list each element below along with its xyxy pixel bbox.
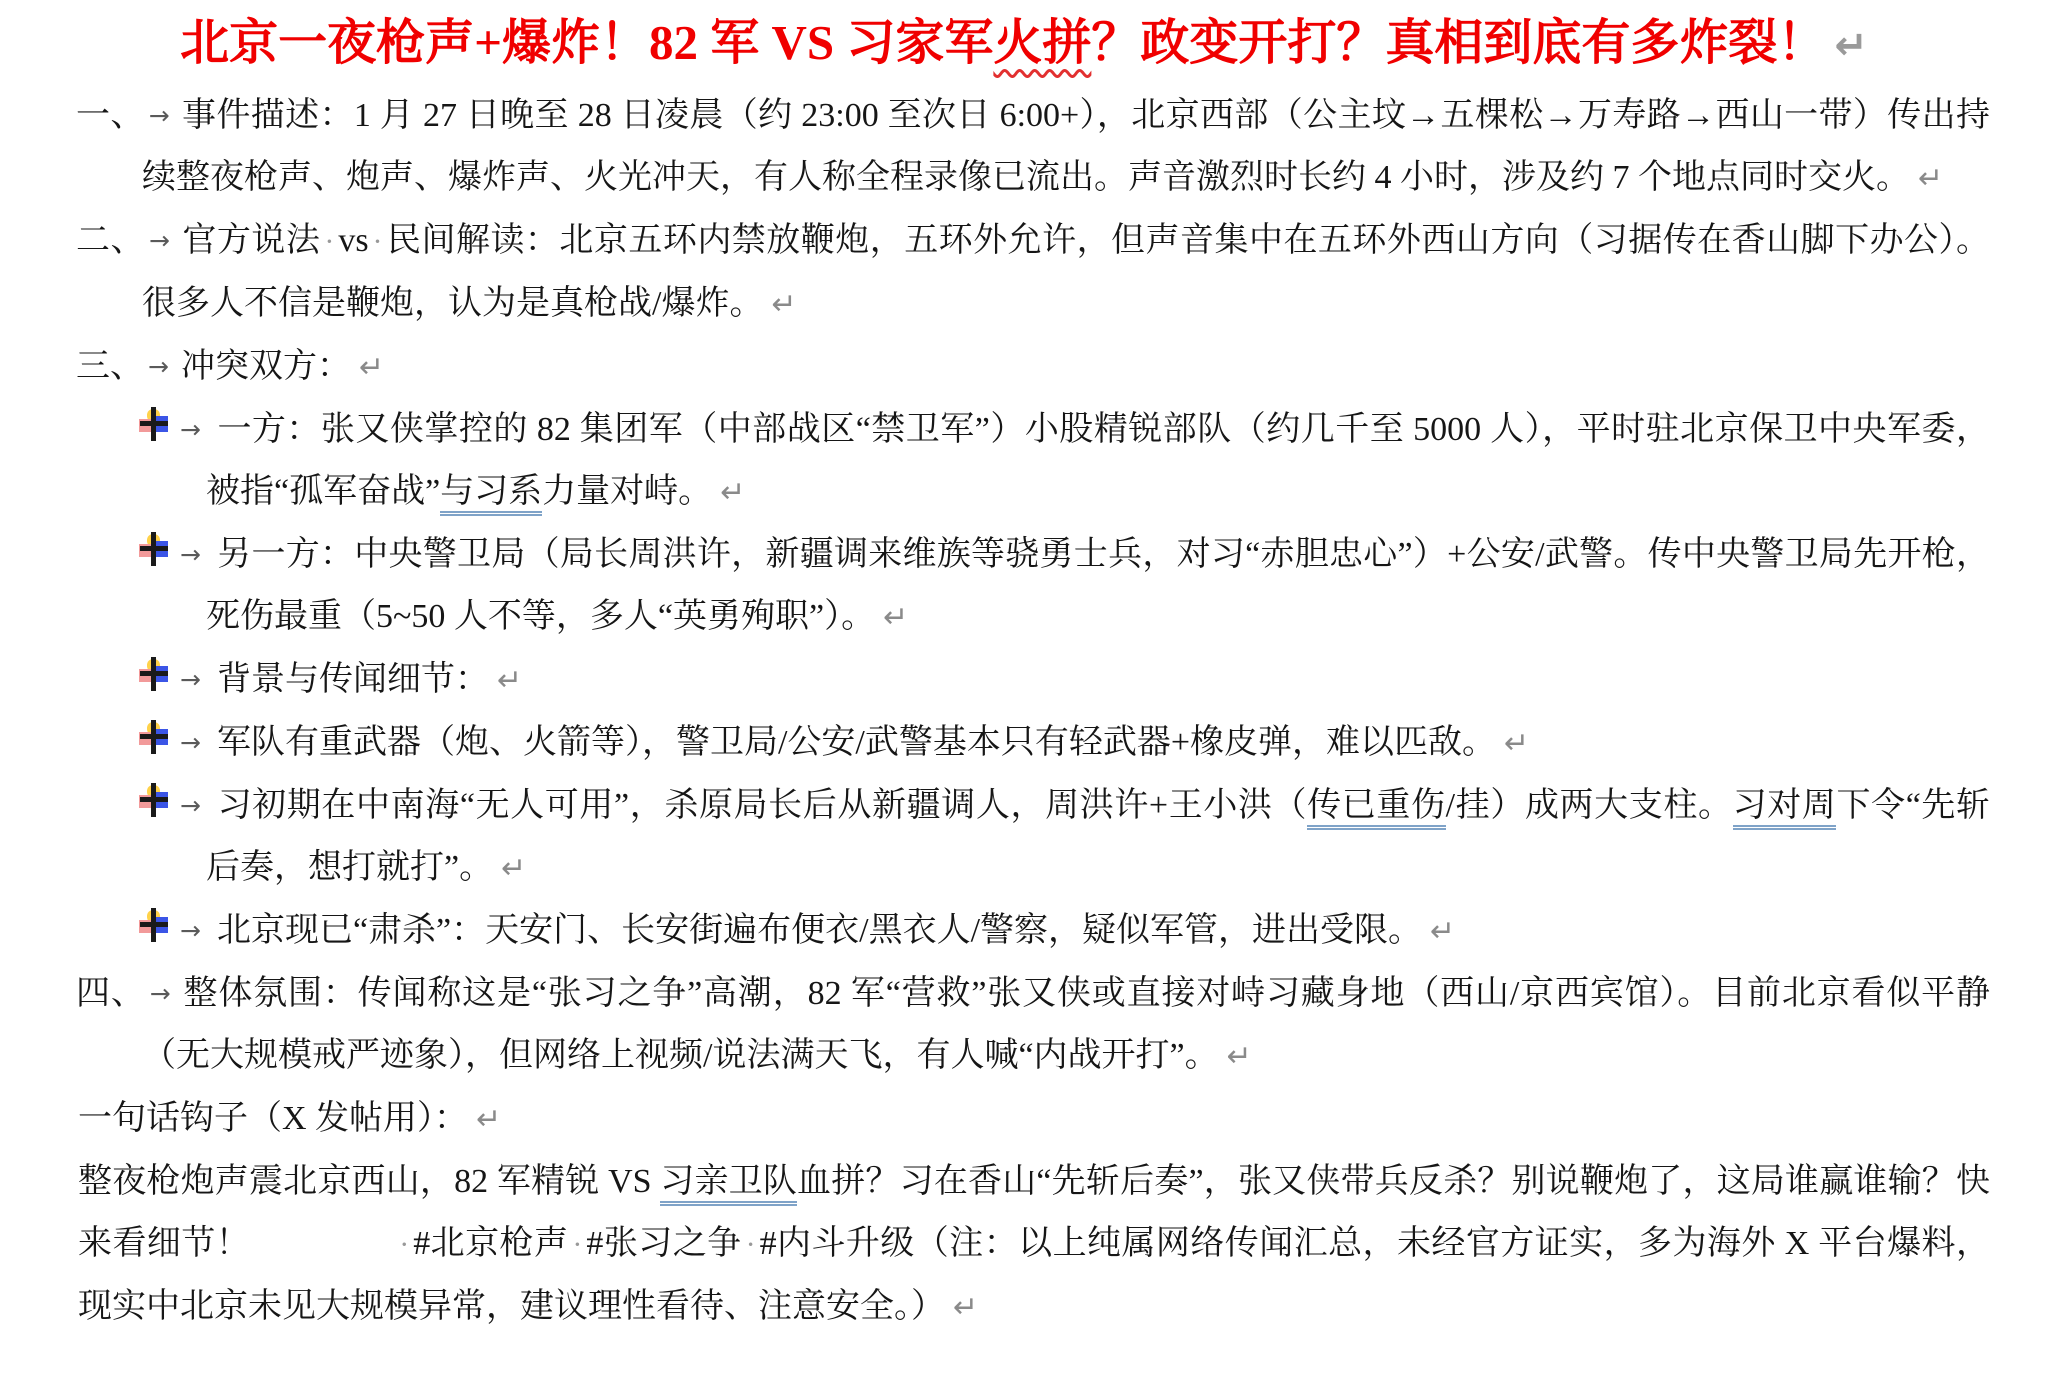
tab-arrow-icon: → [170,916,217,945]
tab-arrow-icon: → [145,101,182,130]
document-title: 北京一夜枪声+爆炸！82 军 VS 习家军火拼？政变开打？真相到底有多炸裂！↵ [0,0,2048,85]
text-run: 力量对峙。 [542,473,712,510]
numbered-paragraph: 四、→整体氛围：传闻称这是“张习之争”高潮，82 军“营救”张又侠或直接对峙习藏… [0,963,2048,1088]
list-number: 三、 [76,348,144,385]
tab-arrow-icon: → [145,226,182,255]
spellcheck-wavy-text: 火拼 [993,15,1091,70]
text-run: 整体氛围：传闻称这是“张习之争”高潮，82 军“营救”张又侠或直接对峙习藏身地（… [142,975,1990,1074]
tab-arrow-icon: → [170,728,217,757]
colored-cross-bullet-icon [138,908,170,946]
paragraph-mark-icon: ↵ [359,350,384,385]
list-number: 一、 [76,97,145,134]
paragraph-mark-icon: ↵ [1504,726,1529,761]
space-mark: · [568,1228,586,1261]
text-run: #张习之争 [586,1225,741,1262]
paragraph-mark-icon: ↵ [1430,914,1455,949]
paragraph-mark-icon: ↵ [771,287,796,322]
plain-paragraph: 整夜枪炮声震北京西山，82 军精锐 VS 习亲卫队血拼？习在香山“先斩后奏”，张… [0,1151,2048,1339]
tab-arrow-icon: → [170,791,217,820]
text-run: 习初期在中南海“无人可用”，杀原局长后从新疆调人，周洪许+王小洪（ [217,787,1307,824]
document-body: 北京一夜枪声+爆炸！82 军 VS 习家军火拼？政变开打？真相到底有多炸裂！↵一… [0,0,2048,1339]
tab-arrow-icon: → [144,352,181,381]
grammar-underlined-text: 传已重伤 [1307,787,1445,830]
tab-arrow-icon: → [170,415,217,444]
list-number: 二、 [76,222,145,259]
paragraph-mark-icon: ↵ [883,600,908,635]
text-run: 背景与传闻细节： [217,661,489,698]
text-run: 北京现已“肃杀”：天安门、长安街遍布便衣/黑衣人/警察，疑似军管，进出受限。 [217,912,1422,949]
numbered-paragraph: 二、→官方说法·vs·民间解读：北京五环内禁放鞭炮，五环外允许，但声音集中在五环… [0,210,2048,336]
paragraph-mark-icon: ↵ [501,851,526,886]
space-mark: · [369,225,387,258]
paragraph-mark-icon: ↵ [497,663,522,698]
text-run: 冲突双方： [181,348,351,385]
colored-cross-bullet-icon [138,783,170,821]
paragraph-mark-icon: ↵ [720,475,745,510]
text-run: #北京枪声 [413,1225,568,1262]
paragraph-mark-icon: ↵ [1227,1039,1252,1074]
space-mark: · [742,1228,760,1261]
paragraph-mark-icon: ↵ [1834,23,1868,69]
grammar-underlined-text: 与习系 [440,473,542,516]
colored-cross-bullet-icon [138,720,170,758]
colored-cross-bullet-icon [138,407,170,445]
document-page: 北京一夜枪声+爆炸！82 军 VS 习家军火拼？政变开打？真相到底有多炸裂！↵一… [0,0,2048,1373]
text-run: 官方说法 [182,222,320,259]
paragraph-mark-icon: ↵ [1918,161,1943,196]
text-run: #内斗升级（注：以上纯属网络传闻汇总，未经官方证实，多为海外 X 平台爆料，现实… [78,1225,1990,1325]
paragraph-mark-icon: ↵ [953,1290,978,1325]
text-run: 一句话钩子（X 发帖用）： [78,1100,468,1137]
text-run: 北京一夜枪声+爆炸！82 军 VS 习家军 [180,15,993,70]
tab-arrow-icon: → [146,979,183,1008]
list-number: 四、 [76,975,146,1012]
bullet-paragraph: →军队有重武器（炮、火箭等），警卫局/公安/武警基本只有轻武器+橡皮弹，难以匹敌… [0,712,2048,775]
text-run: ？政变开打？真相到底有多炸裂！ [1091,15,1826,70]
tab-arrow-icon: → [170,540,217,569]
text-run: vs [338,222,368,259]
numbered-paragraph: 一、→事件描述：1 月 27 日晚至 28 日凌晨（约 23:00 至次日 6:… [0,85,2048,210]
tab-arrow-icon: → [170,665,217,694]
colored-cross-bullet-icon [138,532,170,570]
grammar-underlined-text: 习亲卫队 [660,1163,797,1206]
text-run: 事件描述：1 月 27 日晚至 28 日凌晨（约 23:00 至次日 6:00+… [142,97,1990,196]
text-run: 军队有重武器（炮、火箭等），警卫局/公安/武警基本只有轻武器+橡皮弹，难以匹敌。 [217,724,1496,761]
text-run: 整夜枪炮声震北京西山，82 军精锐 VS [78,1163,660,1200]
colored-cross-bullet-icon [138,657,170,695]
bullet-paragraph: →习初期在中南海“无人可用”，杀原局长后从新疆调人，周洪许+王小洪（传已重伤/挂… [0,775,2048,900]
space-mark: · [395,1228,413,1261]
text-run: 民间解读：北京五环内禁放鞭炮，五环外允许，但声音集中在五环外西山方向（习据传在香… [142,222,1990,322]
bullet-paragraph: →一方：张又侠掌控的 82 集团军（中部战区“禁卫军”）小股精锐部队（约几千至 … [0,399,2048,524]
grammar-underlined-text: 习对周 [1733,787,1837,830]
bullet-paragraph: →北京现已“肃杀”：天安门、长安街遍布便衣/黑衣人/警察，疑似军管，进出受限。↵ [0,900,2048,963]
paragraph-mark-icon: ↵ [476,1102,501,1137]
bullet-paragraph: →背景与传闻细节：↵ [0,649,2048,712]
bullet-paragraph: →另一方：中央警卫局（局长周洪许，新疆调来维族等骁勇士兵，对习“赤胆忠心”）+公… [0,524,2048,649]
text-run: 另一方：中央警卫局（局长周洪许，新疆调来维族等骁勇士兵，对习“赤胆忠心”）+公安… [206,536,1990,635]
space-mark: · [320,225,338,258]
plain-paragraph: 一句话钩子（X 发帖用）：↵ [0,1088,2048,1151]
text-run: /挂）成两大支柱。 [1446,787,1733,824]
numbered-paragraph: 三、→冲突双方：↵ [0,336,2048,399]
